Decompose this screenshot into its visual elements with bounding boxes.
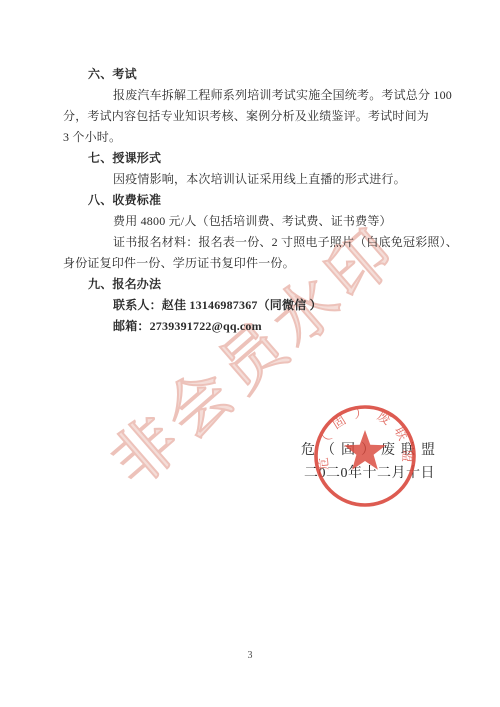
body-line: 证书报名材料：报名表一份、2 寸照电子照片（白底免冠彩照）、 [63, 232, 439, 253]
document-page: 非会员水印 六、考试 报废汽车拆解工程师系列培训考试实施全国统考。考试总分 10… [0, 0, 500, 707]
document-body: 六、考试 报废汽车拆解工程师系列培训考试实施全国统考。考试总分 100 分，考试… [63, 64, 439, 337]
page-number: 3 [0, 650, 500, 661]
section-heading-signup: 九、报名办法 [63, 274, 439, 295]
section-heading-format: 七、授课形式 [63, 148, 439, 169]
signature-block: 危（固）废联盟 二0二0年十二月十日 [301, 439, 435, 485]
body-line: 3 个小时。 [63, 127, 439, 148]
contact-phone-line: 联系人：赵佳 13146987367（同微信 ） [63, 295, 439, 316]
contact-email-line: 邮箱：2739391722@qq.com [63, 316, 439, 337]
body-line: 身份证复印件一份、学历证书复印件一份。 [63, 253, 439, 274]
body-line: 报废汽车拆解工程师系列培训考试实施全国统考。考试总分 100 [63, 85, 439, 106]
section-heading-exam: 六、考试 [63, 64, 439, 85]
signature-org: 危（固）废联盟 [301, 439, 441, 462]
body-line: 费用 4800 元/人（包括培训费、考试费、证书费等） [63, 211, 439, 232]
body-line: 分，考试内容包括专业知识考核、案例分析及业绩鉴评。考试时间为 [63, 106, 439, 127]
section-heading-fees: 八、收费标准 [63, 190, 439, 211]
signature-date: 二0二0年十二月十日 [301, 462, 435, 485]
body-line: 因疫情影响，本次培训认证采用线上直播的形式进行。 [63, 169, 439, 190]
